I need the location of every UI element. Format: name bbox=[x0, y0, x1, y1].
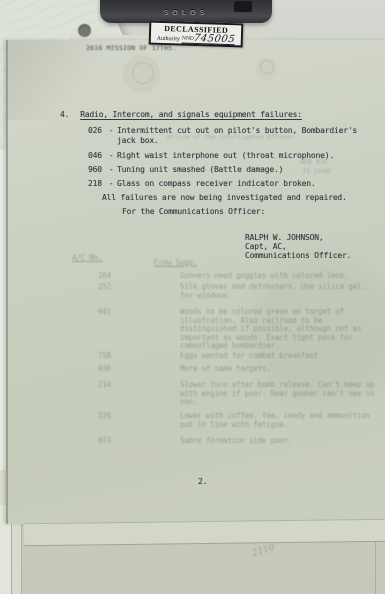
failure-id: 960 bbox=[88, 165, 105, 175]
camera-device: SOLOS bbox=[100, 0, 272, 23]
failure-id: 046 bbox=[88, 151, 105, 161]
signature-title: Communications Officer. bbox=[245, 251, 351, 261]
section-heading: 4. Radio, Intercom, and signals equipmen… bbox=[60, 110, 302, 120]
water-stain bbox=[132, 62, 154, 84]
ghost-column-header: Crew Sugg. bbox=[154, 259, 197, 268]
failure-separator: - bbox=[105, 151, 117, 161]
failure-separator: - bbox=[105, 126, 117, 145]
ghost-fragment: 21 code bbox=[302, 167, 330, 176]
ghost-fragment: AFD 63c. bbox=[300, 158, 332, 167]
ghost-row: 252 Silk gloves and defrosters. Use sili… bbox=[98, 283, 380, 300]
section-number: 4. bbox=[60, 110, 69, 120]
ghost-row: 030 More of same targets. bbox=[98, 365, 380, 374]
cutoff-header-line: 2616 MISSION OF 17TH5. bbox=[86, 44, 177, 54]
page-number: 2. bbox=[198, 477, 207, 487]
summary-line: All failures are now being investigated … bbox=[102, 193, 347, 203]
document-page: 2616 MISSION OF 17TH5. 4. Radio, Interco… bbox=[6, 40, 385, 524]
failure-separator: - bbox=[105, 165, 117, 175]
failure-text: Glass on compass receiver indicator brok… bbox=[117, 179, 363, 189]
stamp-handwritten-number: 745005 bbox=[193, 34, 236, 44]
stamp-authority-line: Authority NND 745005 bbox=[153, 33, 239, 46]
ghost-row: 758 Eggs wanted for combat breakfast. bbox=[98, 352, 380, 361]
device-brand-label: SOLOS bbox=[100, 10, 272, 17]
failure-item: 218 - Glass on compass receiver indicato… bbox=[88, 179, 363, 189]
punch-hole bbox=[78, 24, 91, 37]
failure-id: 218 bbox=[88, 179, 105, 189]
ghost-row: 041 Woods to be colored green on target … bbox=[98, 308, 380, 351]
failure-separator: - bbox=[105, 179, 117, 189]
ghost-row: 226 Lower with coffee, tea, candy and am… bbox=[98, 412, 380, 429]
failure-id: 026 bbox=[88, 126, 105, 145]
photo-scene: 2616 MISSION OF 17TH5. 4. Radio, Interco… bbox=[0, 0, 385, 594]
section-heading-text: Radio, Intercom, and signals equipment f… bbox=[80, 110, 302, 120]
water-stain bbox=[260, 60, 274, 74]
paper-edge-bottom bbox=[24, 519, 385, 546]
ghost-column-header: A/C No. bbox=[72, 254, 102, 263]
ghost-row: 073 Sabre formation side poor. bbox=[98, 437, 380, 446]
stamp-authority-value: NND 745005 bbox=[182, 34, 235, 46]
declassified-stamp: DECLASSIFIED Authority NND 745005 bbox=[149, 21, 244, 48]
ghost-row: 214 Slower turn after bomb release. Can'… bbox=[98, 381, 380, 407]
stamp-authority-label: Authority bbox=[156, 35, 180, 44]
ghost-fragment: Office of the Intelligence Officer bbox=[167, 133, 293, 142]
for-officer-line: For the Communications Officer: bbox=[122, 207, 265, 217]
ghost-row: 264 Gunners need goggles with colored le… bbox=[98, 272, 380, 281]
